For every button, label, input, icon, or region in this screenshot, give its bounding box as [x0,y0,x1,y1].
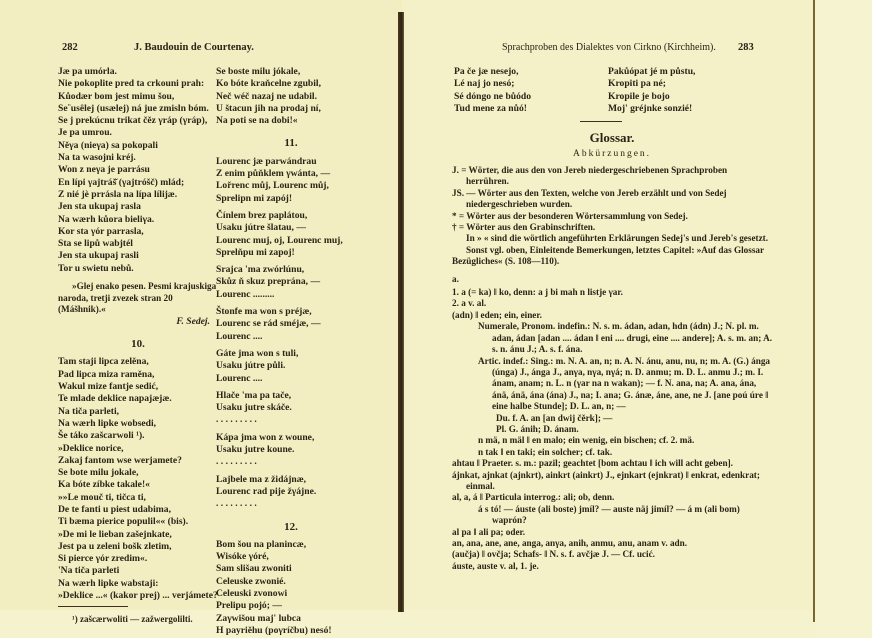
verse-line: Usaku jutre koune. [216,444,366,456]
glossary-entry: ájnkat, ajnkat (ajnkrt), ainkrt (ainkrt)… [452,470,772,493]
section-10-verse: Tam staji lipca zelěna,Pad lipca miza ra… [58,356,218,602]
abbreviations-list: J. = Wörter, die aus den von Jereb niede… [452,165,772,233]
verse-line: Kropiti pa né; [608,78,695,90]
verse-line: En lípi γajtráš̌ (γajtróšč) mlád; [58,177,218,189]
abbreviation: JS. — Wörter aus den Texten, welche von … [452,188,772,211]
verse-line: »»Le mouč ti, tičca ti, [58,492,218,504]
verse-line: Ti bæma pierice populil«« (bis). [58,516,218,528]
verse-line: Čínlem brez paplátou, [216,210,366,222]
verse-line: Kůodær bom jest mimu šou, [58,91,218,103]
glossary-entry: Pl. G. ánih; D. ánam. [452,424,772,435]
glossary-entry: al, a, á ‖ Particula interrog.: ali; ob,… [452,492,772,503]
glossary-entry: 2. a v. al. [452,298,772,309]
verse-line: Sta se lipů wabjtél [58,238,218,250]
verse-line: Na wærh lipke wabstaji: [58,578,218,590]
abbreviation: * = Wörter aus der besonderen Wörtersamm… [452,211,772,222]
book-spine [398,12,404,612]
right-page-number: 283 [738,42,754,53]
verse-line: Won z neγa je parrásu [58,164,218,176]
verse-line: Lé naj jo nesó; [454,78,531,90]
glossary-entry: 1. a (= ka) ‖ ko, denn: a j bi mah n lis… [452,287,772,298]
verse-line: Skůz ň skuz preprána, — [216,276,366,288]
footnote-rule [58,606,128,607]
verse-line: Te mlade deklice napajæjæ. [58,393,218,405]
verse-line: Tam staji lipca zelěna, [58,356,218,368]
source-note: »Glej enako pesen. Pesmi krajuskiga naro… [58,281,218,316]
verse-line: Lourenc muj, oj, Lourenc muj, [216,235,366,247]
verse-line: Lourenc .... [216,331,366,343]
verse-line: Usaku jútre šlatau, — [216,222,366,234]
glossary-entry: an, ana, ane, ane, anga, anγa, anih, anm… [452,538,772,549]
verse-line: Z enim půňklem γwánta, — [216,168,366,180]
verse-line: Na tiča parleti, [58,406,218,418]
glossary-entry: (aučja) ‖ ovčja; Schafs- ‖ N. s. f. avčj… [452,549,772,560]
verse-right: Pakůópat jé m půstu,Kropiti pa né;Kropil… [608,66,695,115]
verse-line: Hlače 'ma pa tače, [216,390,366,402]
verse-line: Se bote milu jokale, [58,467,218,479]
section-11-verse: Lourenc jæ parwándrauZ enim půňklem γwán… [216,156,366,511]
section-number-10: 10. [58,338,218,350]
verse-line: Še táko zašcarwoli ¹). [58,430,218,442]
left-page-number: 282 [62,42,78,53]
verse-line: Neč wéč nazaj ne udabil. [216,91,366,103]
page-edge [813,0,815,622]
verse-line: Celeuski zvonowi [216,588,366,600]
glossary-entries: 1. a (= ka) ‖ ko, denn: a j bi mah n lis… [452,287,772,572]
verse-line: Celeuske zwonié. [216,576,366,588]
verse-line: »Deklice norice, [58,443,218,455]
verse-line: Jæ pa umórla. [58,66,218,78]
glossary-entry: Du. f. A. an [an dwij čěrk]; — [452,413,772,424]
glossary-entry: (adn) ‖ eden; ein, einer. [452,310,772,321]
verse-line: Sam slišau zwoniti [216,563,366,575]
verse-line: »Deklice ...« (kakor prej) ... verjámete… [58,590,218,602]
verse-left: Pa če jæ nesejo,Lé naj jo nesó;Sé dóngo … [454,66,531,115]
verse-line: Něγa (nieγa) sa pokopali [58,140,218,152]
right-running-head: Sprachproben des Dialektes von Cirkno (K… [502,42,716,53]
verse-line: Bom šou na planincæ, [216,539,366,551]
note-quotes: In » « sind die wörtlich angeführten Erk… [452,233,772,244]
stanza-9-continued: Se boste milu jókale,Ko bóte kraňcelne z… [216,66,366,127]
verse-line: Lořrenc můj, Lourenc můj, [216,180,366,192]
verse-line: . . . . . . . . . [216,498,366,510]
verse-line: Lourenc rad pije žγájne. [216,486,366,498]
stanza: Štonfe ma won s préjæ,Lourenc se rád smé… [216,306,366,343]
verse-line: Štonfe ma won s préjæ, [216,306,366,318]
verse-line: Tor u swietu nebů. [58,263,218,275]
verse-line: Moj' gréjnke sonzié! [608,103,695,115]
verse-line: . . . . . . . . . [216,414,366,426]
verse-line: Se j prekúcnu trikat čěz γráp (γráp), [58,115,218,127]
glossary-entry: á s tó! — áuste (ali boste) jmíl? — aust… [452,504,772,527]
verse-line: Jen sta ukupaj rasla [58,201,218,213]
verse-line: Pa če jæ nesejo, [454,66,531,78]
stanza: Lourenc jæ parwándrauZ enim půňklem γwán… [216,156,366,205]
verse-line: Se boste milu jókale, [216,66,366,78]
verse-line: »De mi le lieban zašejnkate, [58,529,218,541]
verse-line: 'Na tiča parleti [58,565,218,577]
glossary-entry: n tak ‖ en taki; ein solcher; cf. tak. [452,447,772,458]
stanza: Lajbele ma z židájnæ,Lourenc rad pije žγ… [216,474,366,511]
left-column-2: Se boste milu jókale,Ko bóte kraňcelne z… [216,66,366,637]
left-column-1: Jæ pa umórla.Nie pokoplite pred ta crkou… [58,66,218,626]
verse-line: Na wærh kůora bieliγa. [58,214,218,226]
verse-line: Na ta wasojni kréj. [58,152,218,164]
verse-line: Zakaj fantom wse werjamete? [58,455,218,467]
stanza: Hlače 'ma pa tače,Usaku jutre skáče.. . … [216,390,366,427]
letter-heading: a. [452,274,772,285]
verse-line: Usaku jútre půli. [216,360,366,372]
verse-line: Kor sta γór parrasla, [58,226,218,238]
verse-line: Kápa jma won z woune, [216,432,366,444]
glossary-entry: Numerale, Pronom. indefin.: N. s. m. áda… [452,321,772,355]
section-divider [580,121,622,122]
scan-right-margin [815,0,872,638]
stanza: Srajca 'ma zwórlúnu,Skůz ň skuz preprána… [216,264,366,301]
verse-line: Wisóke γóré, [216,551,366,563]
verse-line: Na wærh lipke wobsedi, [58,418,218,430]
verse-line: Nie pokoplite pred ta crkouni prah: [58,78,218,90]
verse-line: Pakůópat jé m půstu, [608,66,695,78]
verse-line: U štacun jih na prodaj ní, [216,103,366,115]
verse-line: Lajbele ma z židájnæ, [216,474,366,486]
glossary-entry: al pa ‖ ali pa; oder. [452,527,772,538]
left-running-head: J. Baudouin de Courtenay. [134,42,254,53]
verse-line: Lourenc se rád sméjæ, — [216,318,366,330]
verse-line: Ka bóte zíbke takale!« [58,479,218,491]
verse-line: Jen sta ukupaj rasli [58,250,218,262]
verse-line: Sprelňpu mi zapoj! [216,247,366,259]
stanza: Čínlem brez paplátou,Usaku jútre šlatau,… [216,210,366,259]
verse-line: Tud mene za nůó! [454,103,531,115]
footnote: ¹) zašcærwoliti — zažwergolilti. [72,613,218,625]
verse-line: Prelipu pojó; — [216,600,366,612]
glossary-entry: áuste, auste v. al, 1. je. [452,561,772,572]
verse-line: Lourenc jæ parwándrau [216,156,366,168]
section-12-verse: Bom šou na planincæ,Wisóke γóré,Sam sliš… [216,539,366,637]
note-reference: Sonst vgl. oben, Einleitende Bemerkungen… [452,245,772,268]
verse-line: De te fanti u piest udabima, [58,504,218,516]
verse-line: Srajca 'ma zwórlúnu, [216,264,366,276]
verse-line: Na poti se na dobi!« [216,115,366,127]
stanza-9-end: Jæ pa umórla.Nie pokoplite pred ta crkou… [58,66,218,275]
glossary-entry: n mä, n mäl ‖ en malo; ein wenig, ein bi… [452,435,772,446]
verse-line: Jest pa u zeleni bošk zletim, [58,541,218,553]
verse-line: Gáte jma won s tuli, [216,348,366,360]
verse-line: Z nié jè prrásla na lípa lílijæ. [58,189,218,201]
section-number-11: 11. [216,137,366,149]
verse-line: Zaγwišou maj' lubca [216,613,366,625]
verse-line: Sprelipn mi zapój! [216,193,366,205]
abbreviations-title: Abkürzungen. [452,149,772,159]
verse-line: Ko bóte kraňcelne zgubil, [216,78,366,90]
stanza: Gáte jma won s tuli,Usaku jútre půli.Lou… [216,348,366,385]
verse-line: Usaku jutre skáče. [216,402,366,414]
verse-line: Si pierce γór zredim«. [58,553,218,565]
verse-line: Sé dóngo ne bůódo [454,91,531,103]
verse-line: Wakul mize fantje sedić, [58,381,218,393]
verse-line: . . . . . . . . . [216,456,366,468]
verse-line: Lourenc ......... [216,289,366,301]
verse-line: Se¨usêlej (usælej) ná jue zmisln bóm. [58,103,218,115]
abbreviation: J. = Wörter, die aus den von Jereb niede… [452,165,772,188]
source-author: F. Sedej. [58,316,218,328]
glossary-entry: ahtau ‖ Praeter. s. m.: pazil; geachtet … [452,458,772,469]
verse-line: Pad lipca miza raměna, [58,369,218,381]
verse-line: Lourenc .... [216,373,366,385]
glossary: Glossar. Abkürzungen. J. = Wörter, die a… [452,130,772,572]
section-number-12: 12. [216,521,366,533]
glossary-entry: Artic. indef.: Sing.: m. N. A. an, n; n.… [452,356,772,413]
verse-line: Je pa umrou. [58,127,218,139]
abbreviation: † = Wörter aus den Grabinschriften. [452,222,772,233]
stanza: Kápa jma won z woune,Usaku jutre koune..… [216,432,366,469]
verse-line: H payriěhu (poγríčbu) nesó! [216,625,366,637]
glossary-title: Glossar. [452,130,772,146]
verse-line: Kropile je bojo [608,91,695,103]
